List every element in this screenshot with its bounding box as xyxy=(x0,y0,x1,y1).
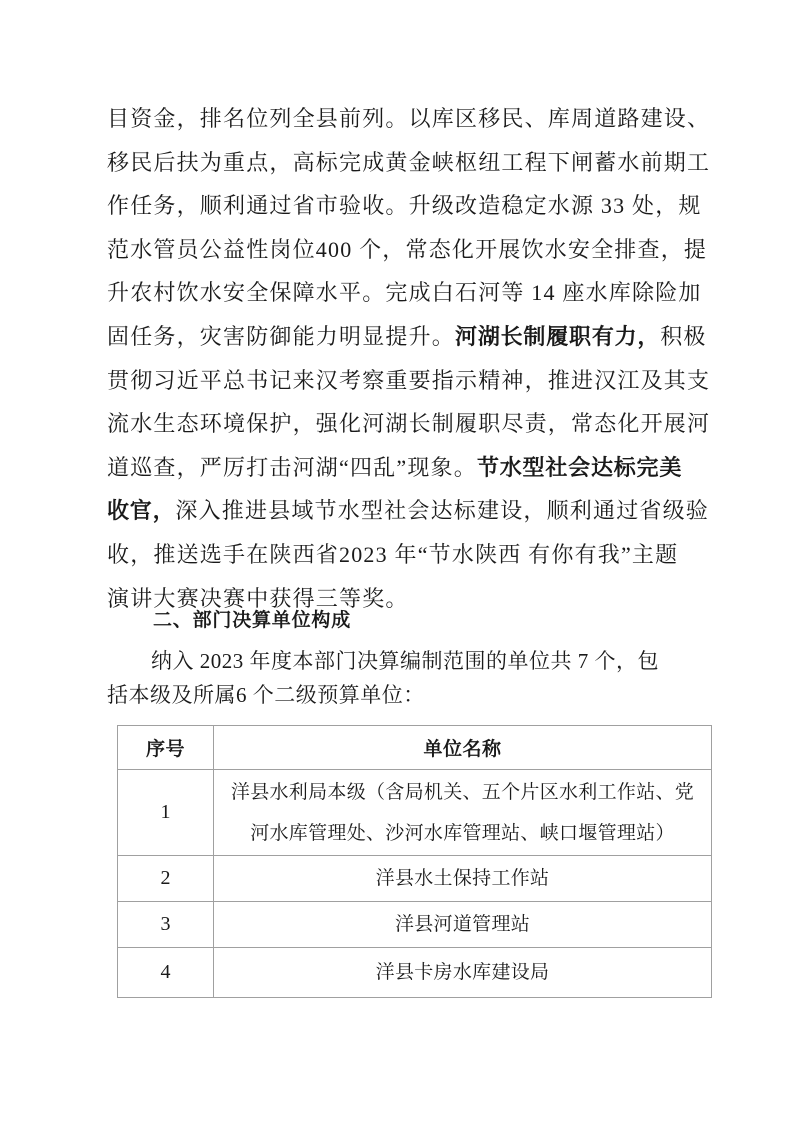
text-run: 范水管员公益性岗位400 个，常态化开展饮水安全排查，提 xyxy=(107,237,707,262)
paragraph-line: 道巡查，严厉打击河湖“四乱”现象。节水型社会达标完美 xyxy=(107,446,743,490)
table-header-row: 序号 单位名称 xyxy=(118,726,712,770)
paragraph-line: 范水管员公益性岗位400 个，常态化开展饮水安全排查，提 xyxy=(107,228,743,272)
bold-text-run: 节水型社会达标完美 xyxy=(477,455,682,480)
paragraph-line: 固任务，灾害防御能力明显提升。河湖长制履职有力，积极 xyxy=(107,315,743,359)
body-paragraph: 目资金，排名位列全县前列。以库区移民、库周道路建设、移民后扶为重点，高标完成黄金… xyxy=(107,97,743,620)
table-row: 3洋县河道管理站 xyxy=(118,902,712,948)
unit-name-cell: 洋县水利局本级（含局机关、五个片区水利工作站、党河水库管理处、沙河水库管理站、峡… xyxy=(214,770,712,856)
col-header-index: 序号 xyxy=(118,726,214,770)
text-run: 目资金，排名位列全县前列。以库区移民、库周道路建设、 xyxy=(107,106,710,131)
text-run: 作任务，顺利通过省市验收。升级改造稳定水源 33 处，规 xyxy=(107,193,702,218)
intro-line: 括本级及所属6 个二级预算单位： xyxy=(107,679,743,713)
intro-paragraph: 纳入 2023 年度本部门决算编制范围的单位共 7 个，包括本级及所属6 个二级… xyxy=(107,645,743,712)
paragraph-line: 移民后扶为重点，高标完成黄金峡枢纽工程下闸蓄水前期工 xyxy=(107,141,743,185)
paragraph-line: 作任务，顺利通过省市验收。升级改造稳定水源 33 处，规 xyxy=(107,184,743,228)
row-index-cell: 2 xyxy=(118,856,214,902)
text-run: 固任务，灾害防御能力明显提升。 xyxy=(107,324,455,349)
text-run: 收，推送选手在陕西省2023 年“节水陕西 有你有我”主题 xyxy=(107,542,678,567)
section-heading: 二、部门决算单位构成 xyxy=(107,604,351,637)
intro-line: 纳入 2023 年度本部门决算编制范围的单位共 7 个，包 xyxy=(107,645,743,679)
unit-name-cell: 洋县水土保持工作站 xyxy=(214,856,712,902)
paragraph-line: 流水生态环境保护，强化河湖长制履职尽责，常态化开展河 xyxy=(107,402,743,446)
document-page: 目资金，排名位列全县前列。以库区移民、库周道路建设、移民后扶为重点，高标完成黄金… xyxy=(0,0,793,1122)
bold-text-run: 河湖长制履职有力， xyxy=(455,324,660,349)
unit-name-cell: 洋县河道管理站 xyxy=(214,902,712,948)
paragraph-line: 贯彻习近平总书记来汉考察重要指示精神，推进汉江及其支 xyxy=(107,359,743,403)
paragraph-line: 收，推送选手在陕西省2023 年“节水陕西 有你有我”主题 xyxy=(107,533,743,577)
units-table: 序号 单位名称 1洋县水利局本级（含局机关、五个片区水利工作站、党河水库管理处、… xyxy=(117,725,712,998)
paragraph-line: 目资金，排名位列全县前列。以库区移民、库周道路建设、 xyxy=(107,97,743,141)
text-run: 流水生态环境保护，强化河湖长制履职尽责，常态化开展河 xyxy=(107,411,710,436)
text-run: 移民后扶为重点，高标完成黄金峡枢纽工程下闸蓄水前期工 xyxy=(107,150,710,175)
table-row: 1洋县水利局本级（含局机关、五个片区水利工作站、党河水库管理处、沙河水库管理站、… xyxy=(118,770,712,856)
text-run: 贯彻习近平总书记来汉考察重要指示精神，推进汉江及其支 xyxy=(107,368,710,393)
text-run: 升农村饮水安全保障水平。完成白石河等 14 座水库除险加 xyxy=(107,280,702,305)
text-run: 深入推进县域节水型社会达标建设，顺利通过省级验 xyxy=(175,498,709,523)
text-run: 积极 xyxy=(660,324,706,349)
table-row: 2洋县水土保持工作站 xyxy=(118,856,712,902)
paragraph-line: 升农村饮水安全保障水平。完成白石河等 14 座水库除险加 xyxy=(107,271,743,315)
bold-text-run: 收官， xyxy=(107,498,175,523)
text-run: 道巡查，严厉打击河湖“四乱”现象。 xyxy=(107,455,477,480)
row-index-cell: 1 xyxy=(118,770,214,856)
table-row: 4洋县卡房水库建设局 xyxy=(118,948,712,998)
paragraph-line: 收官，深入推进县域节水型社会达标建设，顺利通过省级验 xyxy=(107,489,743,533)
row-index-cell: 3 xyxy=(118,902,214,948)
col-header-unit-name: 单位名称 xyxy=(214,726,712,770)
unit-name-cell: 洋县卡房水库建设局 xyxy=(214,948,712,998)
row-index-cell: 4 xyxy=(118,948,214,998)
